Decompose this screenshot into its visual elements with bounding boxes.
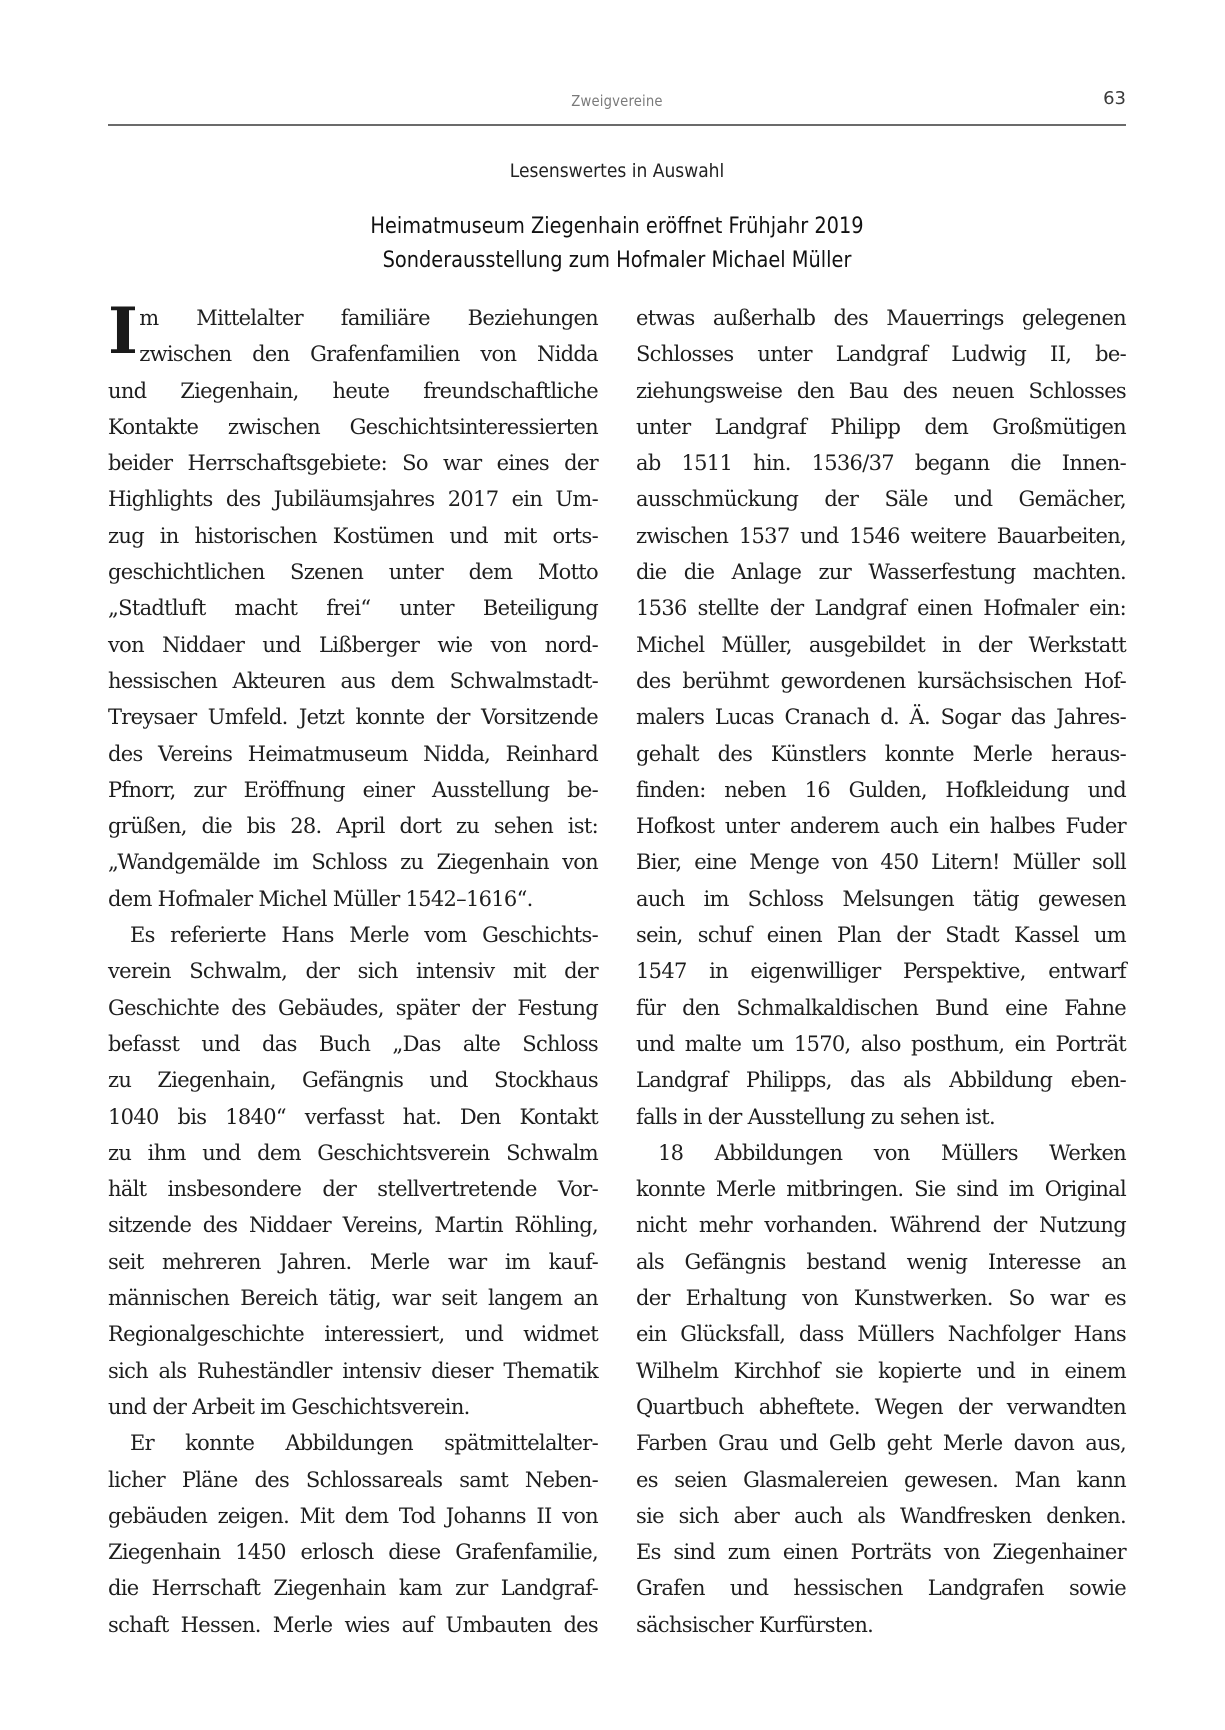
text-line: Pfnorr, zur Eröffnung einer Ausstellung … — [108, 772, 598, 808]
paragraph: etwas außerhalb des Mauerrings gelegenen… — [636, 300, 1126, 1135]
text-line: sitzende des Niddaer Vereins, Martin Röh… — [108, 1207, 598, 1243]
paragraph: Im Mittelalter familiäre Beziehungenzwis… — [108, 300, 598, 917]
text-line: Hofkost unter anderem auch ein halbes Fu… — [636, 808, 1126, 844]
text-line: geschichtlichen Szenen unter dem Motto — [108, 554, 598, 590]
drop-cap: I — [108, 304, 137, 360]
text-line: zwischen 1537 und 1546 weitere Bauarbeit… — [636, 518, 1126, 554]
text-line: hält insbesondere der stellvertretende V… — [108, 1171, 598, 1207]
text-line: malers Lucas Cranach d. Ä. Sogar das Jah… — [636, 699, 1126, 735]
text-line: 1547 in eigenwilliger Perspektive, entwa… — [636, 953, 1126, 989]
text-line: gebäuden zeigen. Mit dem Tod Johanns II … — [108, 1498, 598, 1534]
text-line: „Stadtluft macht frei“ unter Beteiligung — [108, 590, 598, 626]
text-line: Kontakte zwischen Geschichtsinteressiert… — [108, 409, 598, 445]
text-line: Quartbuch abheftete. Wegen der verwandte… — [636, 1389, 1126, 1425]
text-line: männischen Bereich tätig, war seit lange… — [108, 1280, 598, 1316]
text-line: und malte um 1570, also posthum, ein Por… — [636, 1026, 1126, 1062]
running-title: Zweigvereine — [169, 92, 1065, 110]
paragraph: Er konnte Abbildungen spätmittelalter-li… — [108, 1425, 598, 1643]
text-line: Farben Grau und Gelb geht Merle davon au… — [636, 1425, 1126, 1461]
text-line: nicht mehr vorhanden. Während der Nutzun… — [636, 1207, 1126, 1243]
text-line: finden: neben 16 Gulden, Hofkleidung und — [636, 772, 1126, 808]
text-line: beider Herrschaftsgebiete: So war eines … — [108, 445, 598, 481]
text-line: Highlights des Jubiläumsjahres 2017 ein … — [108, 481, 598, 517]
text-line: zug in historischen Kostümen und mit ort… — [108, 518, 598, 554]
text-line: und Ziegenhain, heute freundschaftliche — [108, 373, 598, 409]
text-line: ausschmückung der Säle und Gemächer, — [636, 481, 1126, 517]
header-rule — [108, 124, 1126, 126]
right-column: etwas außerhalb des Mauerrings gelegenen… — [636, 300, 1126, 1643]
text-line: von Niddaer und Lißberger wie von nord- — [108, 627, 598, 663]
text-line: es seien Glasmalereien gewesen. Man kann — [636, 1462, 1126, 1498]
text-line: seit mehreren Jahren. Merle war im kauf- — [108, 1244, 598, 1280]
text-line: grüßen, die bis 28. April dort zu sehen … — [108, 808, 598, 844]
article-title-line-2: Sonderausstellung zum Hofmaler Michael M… — [169, 244, 1065, 278]
text-line: Es sind zum einen Porträts von Ziegenhai… — [636, 1534, 1126, 1570]
text-line: gehalt des Künstlers konnte Merle heraus… — [636, 736, 1126, 772]
text-line: als Gefängnis bestand wenig Interesse an — [636, 1244, 1126, 1280]
text-line: konnte Merle mitbringen. Sie sind im Ori… — [636, 1171, 1126, 1207]
text-line: zwischen den Grafenfamilien von Nidda — [108, 336, 598, 372]
text-line: der Erhaltung von Kunstwerken. So war es — [636, 1280, 1126, 1316]
paragraph: Es referierte Hans Merle vom Geschichts-… — [108, 917, 598, 1425]
text-line: Er konnte Abbildungen spätmittelalter- — [108, 1425, 598, 1461]
text-line: verein Schwalm, der sich intensiv mit de… — [108, 953, 598, 989]
text-line: Wilhelm Kirchhof sie kopierte und in ein… — [636, 1353, 1126, 1389]
text-line: Bier, eine Menge von 450 Litern! Müller … — [636, 844, 1126, 880]
text-line: und der Arbeit im Geschichtsverein. — [108, 1389, 598, 1425]
article-body: Im Mittelalter familiäre Beziehungenzwis… — [108, 300, 1126, 1643]
text-line: zu Ziegenhain, Gefängnis und Stockhaus — [108, 1062, 598, 1098]
text-line: auch im Schloss Melsungen tätig gewesen — [636, 881, 1126, 917]
left-column: Im Mittelalter familiäre Beziehungenzwis… — [108, 300, 598, 1643]
text-line: des Vereins Heimatmuseum Nidda, Reinhard — [108, 736, 598, 772]
text-line: sie sich aber auch als Wandfresken denke… — [636, 1498, 1126, 1534]
text-line: Geschichte des Gebäudes, später der Fest… — [108, 990, 598, 1026]
article-title: Heimatmuseum Ziegenhain eröffnet Frühjah… — [169, 210, 1065, 278]
text-line: schaft Hessen. Merle wies auf Umbauten d… — [108, 1607, 598, 1643]
text-line: Regionalgeschichte interessiert, und wid… — [108, 1316, 598, 1352]
text-line: 1536 stellte der Landgraf einen Hofmaler… — [636, 590, 1126, 626]
text-line: sein, schuf einen Plan der Stadt Kassel … — [636, 917, 1126, 953]
text-line: m Mittelalter familiäre Beziehungen — [108, 300, 598, 336]
text-line: zu ihm und dem Geschichtsverein Schwalm — [108, 1135, 598, 1171]
text-line: Es referierte Hans Merle vom Geschichts- — [108, 917, 598, 953]
text-line: licher Pläne des Schlossareals samt Nebe… — [108, 1462, 598, 1498]
text-line: Grafen und hessischen Landgrafen sowie — [636, 1570, 1126, 1606]
text-line: Treysaer Umfeld. Jetzt konnte der Vorsit… — [108, 699, 598, 735]
text-line: dem Hofmaler Michel Müller 1542–1616“. — [108, 881, 598, 917]
text-line: des berühmt gewordenen kursächsischen Ho… — [636, 663, 1126, 699]
text-line: unter Landgraf Philipp dem Großmütigen — [636, 409, 1126, 445]
text-line: für den Schmalkaldischen Bund eine Fahne — [636, 990, 1126, 1026]
text-line: die Herrschaft Ziegenhain kam zur Landgr… — [108, 1570, 598, 1606]
text-line: 1040 bis 1840“ verfasst hat. Den Kontakt — [108, 1099, 598, 1135]
text-line: etwas außerhalb des Mauerrings gelegenen — [636, 300, 1126, 336]
section-label: Lesenswertes in Auswahl — [159, 160, 1075, 182]
text-line: 18 Abbildungen von Müllers Werken — [636, 1135, 1126, 1171]
text-line: ab 1511 hin. 1536/37 begann die Innen- — [636, 445, 1126, 481]
text-line: Landgraf Philipps, das als Abbildung ebe… — [636, 1062, 1126, 1098]
text-line: ein Glücksfall, dass Müllers Nachfolger … — [636, 1316, 1126, 1352]
text-line: befasst und das Buch „Das alte Schloss — [108, 1026, 598, 1062]
article-title-line-1: Heimatmuseum Ziegenhain eröffnet Frühjah… — [169, 210, 1065, 244]
running-head: Zweigvereine 63 — [108, 88, 1126, 118]
text-line: Michel Müller, ausgebildet in der Werkst… — [636, 627, 1126, 663]
page-number: 63 — [1103, 88, 1126, 109]
text-line: falls in der Ausstellung zu sehen ist. — [636, 1099, 1126, 1135]
text-line: die die Anlage zur Wasserfestung machten… — [636, 554, 1126, 590]
text-line: Ziegenhain 1450 erlosch diese Grafenfami… — [108, 1534, 598, 1570]
text-line: sich als Ruheständler intensiv dieser Th… — [108, 1353, 598, 1389]
text-line: Schlosses unter Landgraf Ludwig II, be- — [636, 336, 1126, 372]
paragraph: 18 Abbildungen von Müllers Werkenkonnte … — [636, 1135, 1126, 1643]
text-line: sächsischer Kurfürsten. — [636, 1607, 1126, 1643]
text-line: ziehungsweise den Bau des neuen Schlosse… — [636, 373, 1126, 409]
text-line: hessischen Akteuren aus dem Schwalmstadt… — [108, 663, 598, 699]
text-line: „Wandgemälde im Schloss zu Ziegenhain vo… — [108, 844, 598, 880]
